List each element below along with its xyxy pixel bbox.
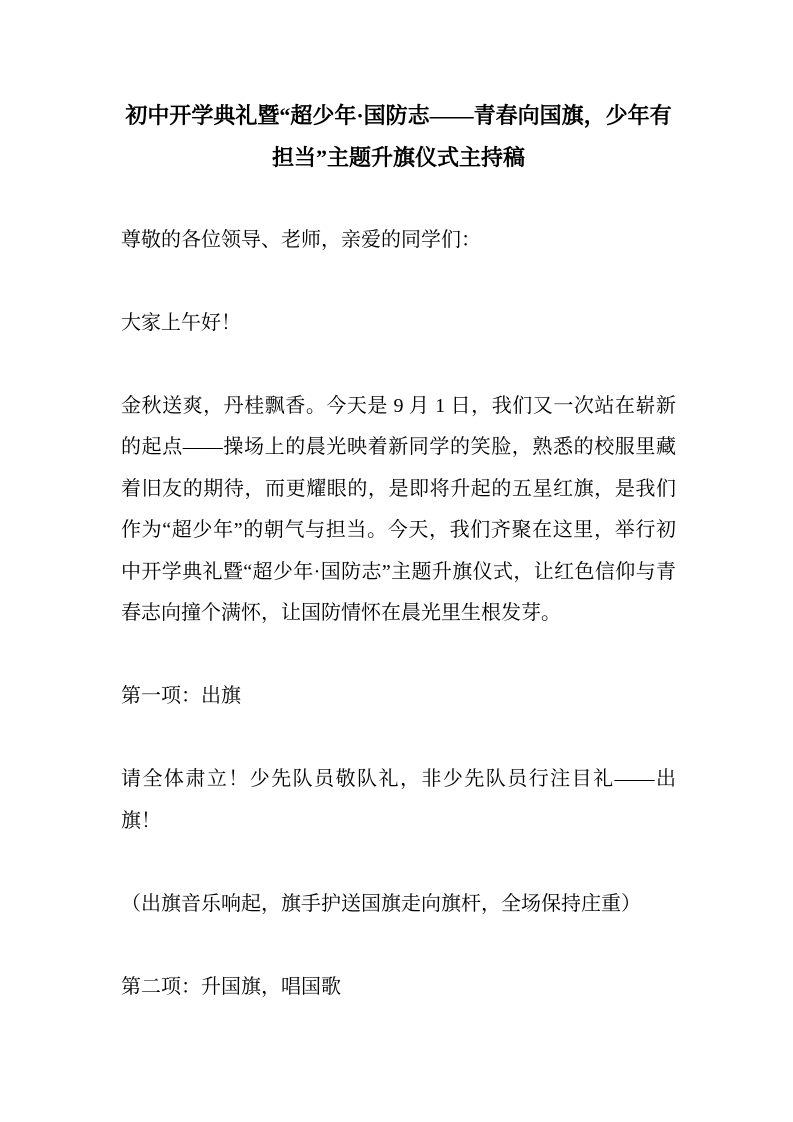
opening-paragraph: 金秋送爽，丹桂飘香。今天是 9 月 1 日，我们又一次站在崭新的起点——操场上的…	[121, 386, 676, 635]
greeting-line: 大家上午好！	[121, 303, 676, 345]
flag-entry-instruction: 请全体肃立！少先队员敬队礼，非少先队员行注目礼——出旗！	[121, 759, 676, 842]
stage-direction-note: （出旗音乐响起，旗手护送国旗走向旗杆，全场保持庄重）	[121, 884, 676, 926]
document-title: 初中开学典礼暨“超少年·国防志——青春向国旗，少年有担当”主题升旗仪式主持稿	[121, 95, 676, 178]
agenda-item-2-raise-flag: 第二项：升国旗，唱国歌	[121, 967, 676, 1009]
agenda-item-1-flag-entry: 第一项：出旗	[121, 676, 676, 718]
salutation-line: 尊敬的各位领导、老师，亲爱的同学们：	[121, 220, 676, 262]
document-content: 初中开学典礼暨“超少年·国防志——青春向国旗，少年有担当”主题升旗仪式主持稿 尊…	[0, 0, 793, 1008]
document-page: 初中开学典礼暨“超少年·国防志——青春向国旗，少年有担当”主题升旗仪式主持稿 尊…	[0, 0, 793, 1122]
